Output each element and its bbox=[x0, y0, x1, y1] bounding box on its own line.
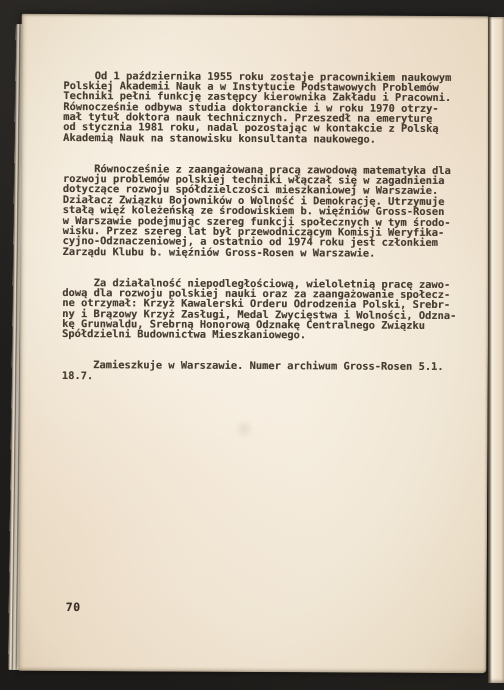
photo-backdrop: Od 1 października 1955 roku zostaje prac… bbox=[0, 0, 504, 690]
biography-text: Od 1 października 1955 roku zostaje prac… bbox=[62, 50, 458, 404]
book-page: Od 1 października 1955 roku zostaje prac… bbox=[18, 14, 489, 673]
body-paragraph: Zamieszkuje w Warszawie. Numer archiwum … bbox=[62, 360, 456, 383]
body-paragraph: Za działalność niepodległościową, wielol… bbox=[62, 278, 456, 342]
body-paragraph: Równocześnie z zaangażowaną pracą zawodo… bbox=[62, 164, 457, 259]
page-number: 70 bbox=[66, 600, 81, 614]
adjacent-page-edge bbox=[488, 17, 504, 683]
body-paragraph: Od 1 października 1955 roku zostaje prac… bbox=[63, 71, 457, 145]
